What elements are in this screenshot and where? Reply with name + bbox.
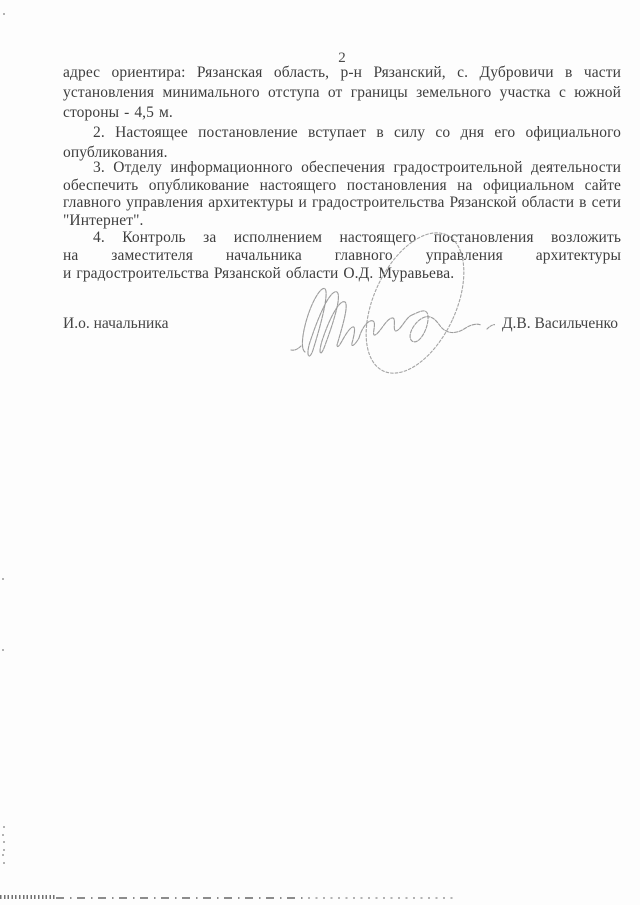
document-line: установления минимального отступа от гра… [63, 83, 621, 103]
scan-speck [3, 862, 5, 864]
scan-speck [2, 578, 4, 580]
document-line: 4. Контроль за исполнением настоящего по… [63, 229, 621, 247]
document-line: на заместителя начальника главного управ… [63, 247, 621, 265]
paragraph: 4. Контроль за исполнением настоящего по… [63, 229, 621, 282]
document-line: стороны - 4,5 м. [63, 103, 621, 123]
scan-edge-line [56, 897, 308, 899]
document-line: и градостроительства Рязанской области О… [63, 265, 621, 283]
signatory-position-label: И.о. начальника [63, 315, 169, 333]
scan-speck [2, 834, 4, 836]
document-line: главного управления архитектуры и градос… [63, 194, 621, 212]
scan-speck [2, 649, 4, 651]
paragraph: 2. Настоящее постановление вступает в си… [63, 123, 621, 163]
scan-speck [3, 849, 5, 851]
document-line: "Интернет". [63, 212, 621, 230]
signatory-name-label: Д.В. Васильченко [502, 315, 618, 333]
scan-speck [3, 841, 5, 843]
scan-speck [2, 854, 4, 856]
paragraph: адрес ориентира: Рязанская область, р-н … [63, 63, 621, 123]
signature-row: И.о. начальника Д.В. Васильченко [63, 315, 618, 333]
document-line: адрес ориентира: Рязанская область, р-н … [63, 63, 621, 83]
scan-edge-line [308, 897, 458, 899]
scanned-document-page: 2 адрес ориентира: Рязанская область, р-… [0, 0, 640, 905]
text-block: адрес ориентира: Рязанская область, р-н … [63, 63, 621, 282]
document-line: обеспечить опубликование настоящего пост… [63, 177, 621, 195]
paragraph: 3. Отделу информационного обеспечения гр… [63, 159, 621, 229]
document-line: 3. Отделу информационного обеспечения гр… [63, 159, 621, 177]
scan-speck [3, 826, 5, 828]
document-line: 2. Настоящее постановление вступает в си… [63, 123, 621, 143]
scan-edge-line [0, 895, 56, 899]
scan-speck [3, 13, 5, 15]
